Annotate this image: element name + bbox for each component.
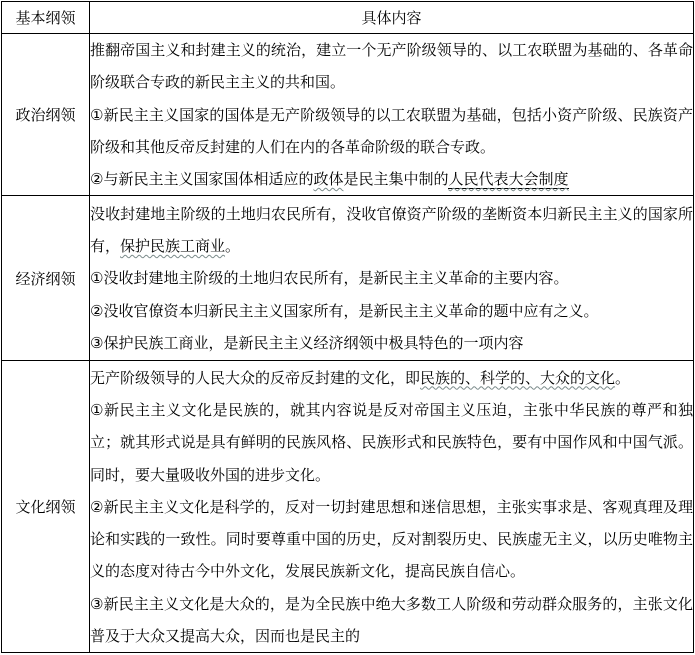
text-segment: ③新民主主义文化是大众的，是为全民族中绝大多数工人阶级和劳动群众服务的，主张文化… — [90, 595, 693, 645]
text-segment: ②新民主主义文化是科学的，反对一切封建思想和迷信思想，主张实事求是、客观真理及理… — [90, 498, 693, 581]
text-segment: ①没收封建地主阶级的土地归农民所有，是新民主主义革命的主要内容。 — [90, 269, 568, 287]
paragraph: 推翻帝国主义和封建主义的统治，建立一个无产阶级领导的、以工农联盟为基础的、各革命… — [90, 34, 693, 99]
header-specific-content: 具体内容 — [90, 2, 694, 34]
paragraph: ①没收封建地主阶级的土地归农民所有，是新民主主义革命的主要内容。 — [90, 262, 693, 294]
new-democracy-program-table: 基本纲领 具体内容 政治纲领 推翻帝国主义和封建主义的统治，建立一个无产阶级领导… — [1, 1, 694, 653]
header-basic-program: 基本纲领 — [2, 2, 90, 34]
table-row-economy: 经济纲领 没收封建地主阶级的土地归农民所有，没收官僚资产阶级的垄断资本归新民主主… — [2, 196, 694, 361]
content-cell-economy: 没收封建地主阶级的土地归农民所有，没收官僚资产阶级的垄断资本归新民主主义的国家所… — [90, 196, 694, 361]
wavy-underlined-term: 民族的、科学的、大众的文化 — [420, 369, 615, 387]
text-segment: 。 — [615, 369, 630, 387]
text-segment: ②没收官僚资本归新民主主义国家所有，是新民主主义革命的题中应有之义。 — [90, 302, 598, 320]
text-segment: ①新民主主义国家的国体是无产阶级领导的以工农联盟为基础，包括小资产阶级、民族资产… — [90, 106, 693, 156]
wavy-underlined-term: 保护民族工商业 — [120, 237, 225, 255]
row-label-politics: 政治纲领 — [2, 34, 90, 196]
table-row-politics: 政治纲领 推翻帝国主义和封建主义的统治，建立一个无产阶级领导的、以工农联盟为基础… — [2, 34, 694, 196]
paragraph: 没收封建地主阶级的土地归农民所有，没收官僚资产阶级的垄断资本归新民主主义的国家所… — [90, 198, 693, 263]
content-cell-politics: 推翻帝国主义和封建主义的统治，建立一个无产阶级领导的、以工农联盟为基础的、各革命… — [90, 34, 694, 196]
text-segment: 无产阶级领导的人民大众的反帝反封建的文化，即 — [90, 369, 420, 387]
paragraph: ①新民主主义国家的国体是无产阶级领导的以工农联盟为基础，包括小资产阶级、民族资产… — [90, 99, 693, 164]
underlined-term: 人民代表大会制度 — [448, 170, 568, 189]
wavy-underlined-term: 政体 — [313, 170, 343, 188]
content-cell-culture: 无产阶级领导的人民大众的反帝反封建的文化，即民族的、科学的、大众的文化。 ①新民… — [90, 361, 694, 653]
text-segment: 是民主集中制的 — [343, 170, 448, 188]
text-segment: 。 — [225, 237, 240, 255]
header-row: 基本纲领 具体内容 — [2, 2, 694, 34]
paragraph: ②与新民主主义国家国体相适应的政体是民主集中制的人民代表大会制度 — [90, 163, 693, 195]
text-segment: ③保护民族工商业，是新民主主义经济纲领中极具特色的一项内容 — [90, 334, 523, 352]
row-label-culture: 文化纲领 — [2, 361, 90, 653]
paragraph: ③新民主主义文化是大众的，是为全民族中绝大多数工人阶级和劳动群众服务的，主张文化… — [90, 588, 693, 653]
paragraph: ③保护民族工商业，是新民主主义经济纲领中极具特色的一项内容 — [90, 327, 693, 359]
text-segment: ②与新民主主义国家国体相适应的 — [90, 170, 313, 188]
row-label-economy: 经济纲领 — [2, 196, 90, 361]
table-row-culture: 文化纲领 无产阶级领导的人民大众的反帝反封建的文化，即民族的、科学的、大众的文化… — [2, 361, 694, 653]
paragraph: 无产阶级领导的人民大众的反帝反封建的文化，即民族的、科学的、大众的文化。 — [90, 362, 693, 394]
paragraph: ②新民主主义文化是科学的，反对一切封建思想和迷信思想，主张实事求是、客观真理及理… — [90, 491, 693, 588]
paragraph: ②没收官僚资本归新民主主义国家所有，是新民主主义革命的题中应有之义。 — [90, 295, 693, 327]
text-segment: ①新民主主义文化是民族的，就其内容说是反对帝国主义压迫，主张中华民族的尊严和独立… — [90, 401, 693, 484]
text-segment: 推翻帝国主义和封建主义的统治，建立一个无产阶级领导的、以工农联盟为基础的、各革命… — [90, 41, 693, 91]
paragraph: ①新民主主义文化是民族的，就其内容说是反对帝国主义压迫，主张中华民族的尊严和独立… — [90, 394, 693, 491]
